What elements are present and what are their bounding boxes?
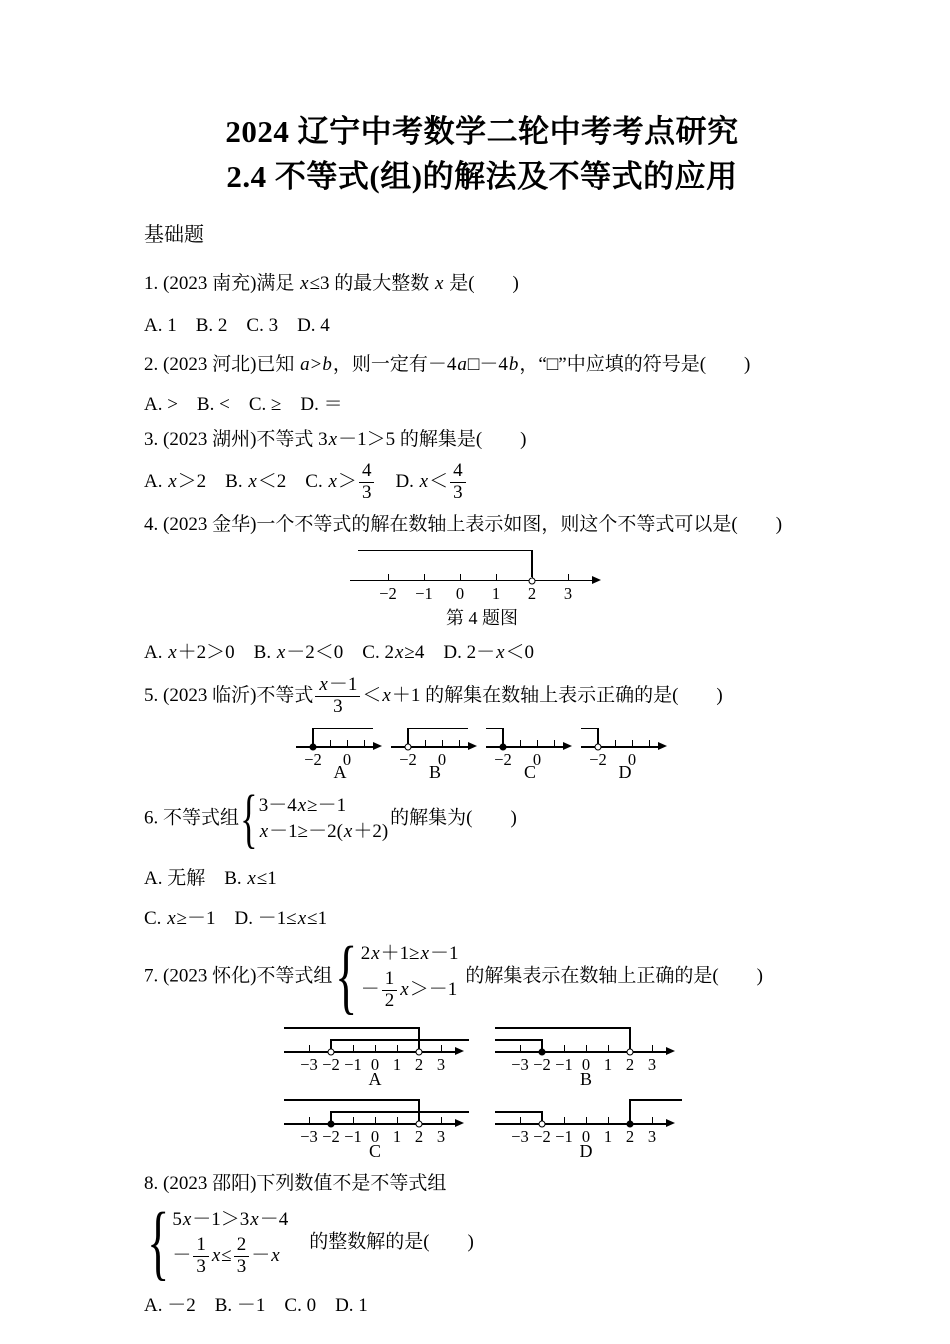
axis-ticks xyxy=(284,1117,479,1123)
axis-line xyxy=(296,746,374,748)
upper-solution-bar xyxy=(284,1099,420,1101)
q5-diagram-a: −20 A xyxy=(296,720,384,782)
diagram-label-c: C xyxy=(369,1141,381,1162)
open-circle-at-minus2 xyxy=(595,743,602,750)
q4-stem: 4. (2023 金华)一个不等式的解在数轴上表示如图，则这个不等式可以是( ) xyxy=(144,512,820,538)
closed-dot-at-minus2 xyxy=(328,1121,335,1128)
diagram-label-b: B xyxy=(429,762,441,783)
q8-stem-line1: 8. (2023 邵阳)下列数值不是不等式组 xyxy=(144,1171,820,1197)
open-circle-at-minus2 xyxy=(539,1121,546,1128)
q2-options: A. > B. < C. ≥ D. ＝ xyxy=(144,392,820,418)
q4-figure-caption: 第 4 题图 xyxy=(144,604,820,630)
open-circle-at-2 xyxy=(416,1049,423,1056)
lower-solution-bar xyxy=(331,1039,469,1041)
q5-answer-diagrams: −20 A −20 B −20 C xyxy=(296,720,820,782)
q5-diagram-b: −20 B xyxy=(391,720,479,782)
diagram-label-a: A xyxy=(334,762,347,783)
axis-tick-labels: −20 xyxy=(296,750,384,756)
axis-tick-labels: −3−2−10123 xyxy=(284,1055,479,1061)
worksheet-page: 2024 辽宁中考数学二轮中考考点研究 2.4 不等式(组)的解法及不等式的应用… xyxy=(0,0,950,1344)
diagram-label-a: A xyxy=(369,1069,382,1090)
axis-tick-labels: −3−2−10123 xyxy=(495,1127,690,1133)
solution-bar xyxy=(358,550,532,552)
q1-options: A. 1 B. 2 C. 3 D. 4 xyxy=(144,313,820,339)
q7-diagram-c: −3−2−10123 C xyxy=(284,1093,479,1159)
section-label: 基础题 xyxy=(144,218,820,247)
q3-stem: 3. (2023 湖州)不等式 3x－1＞5 的解集是( ) xyxy=(144,427,820,453)
axis-tick-labels: −20 xyxy=(581,750,669,756)
diagram-label-c: C xyxy=(524,762,536,783)
q5-stem: 5. (2023 临沂)不等式x－13＜x＋1 的解集在数轴上表示正确的是( ) xyxy=(144,675,820,718)
q7-diagram-a: −3−2−10123 A xyxy=(284,1021,479,1087)
q7-diagram-d: −3−2−10123 D xyxy=(495,1093,690,1159)
diagram-label-d: D xyxy=(580,1141,593,1162)
axis-line xyxy=(391,746,469,748)
q6-stem: 6. 不等式组{3－4x≥－1x－1≥－2(x＋2)的解集为( ) xyxy=(144,786,820,852)
q6-options-line2: C. x≥－1 D. －1≤x≤1 xyxy=(144,906,820,932)
q5-diagram-d: −20 D xyxy=(581,720,669,782)
diagram-label-b: B xyxy=(580,1069,592,1090)
page-title-line2: 2.4 不等式(组)的解法及不等式的应用 xyxy=(144,155,820,200)
axis-ticks xyxy=(495,1045,690,1051)
axis-tick-labels: −20 xyxy=(486,750,574,756)
axis-tick-labels: −2−10123 xyxy=(332,584,632,590)
closed-dot-at-2 xyxy=(627,1121,634,1128)
solution-bar xyxy=(486,728,504,730)
solution-bar xyxy=(581,728,599,730)
q7-diagram-b: −3−2−10123 B xyxy=(495,1021,690,1087)
q7-answer-diagrams: −3−2−10123 A −3−2−10123 B −3−2 xyxy=(284,1021,820,1159)
q3-options: A. x＞2 B. x＜2 C. x＞43 D. x＜43 xyxy=(144,461,820,504)
axis-ticks xyxy=(495,1117,690,1123)
q6-options-line1: A. 无解 B. x≤1 xyxy=(144,866,820,892)
open-circle-at-2 xyxy=(627,1049,634,1056)
axis-ticks xyxy=(332,574,632,580)
q1-stem: 1. (2023 南充)满足 x≤3 的最大整数 x 是( ) xyxy=(144,271,820,297)
open-circle-at-2 xyxy=(416,1121,423,1128)
axis-line xyxy=(495,1051,667,1053)
axis-tick-labels: −3−2−10123 xyxy=(284,1127,479,1133)
closed-dot-at-minus2 xyxy=(539,1049,546,1056)
right-bar-rise xyxy=(629,1099,631,1123)
q8-stem-line2: {5x－1＞3x－4－13x≤23－x 的整数解的是( ) xyxy=(144,1201,820,1285)
axis-line xyxy=(486,746,564,748)
q2-stem: 2. (2023 河北)已知 a>b，则一定有－4a□－4b，“□”中应填的符号… xyxy=(144,352,820,378)
page-title-line1: 2024 辽宁中考数学二轮中考考点研究 xyxy=(144,110,820,155)
diagram-label-d: D xyxy=(619,762,632,783)
right-solution-bar xyxy=(630,1099,682,1101)
axis-tick-labels: −20 xyxy=(391,750,479,756)
solution-bar xyxy=(408,728,468,730)
axis-line xyxy=(284,1123,456,1125)
q8-options: A. －2 B. －1 C. 0 D. 1 xyxy=(144,1293,820,1319)
axis-line xyxy=(350,580,594,582)
closed-dot-at-minus2 xyxy=(310,743,317,750)
solution-bar xyxy=(313,728,373,730)
lower-solution-bar xyxy=(495,1039,543,1041)
solution-bar-drop xyxy=(531,550,533,577)
q5-diagram-c: −20 C xyxy=(486,720,574,782)
q4-numberline: −2−10123 xyxy=(332,542,632,602)
q4-figure: −2−10123 第 4 题图 xyxy=(144,542,820,630)
left-solution-bar xyxy=(495,1111,543,1113)
lower-solution-bar xyxy=(331,1111,469,1113)
upper-solution-bar xyxy=(495,1027,631,1029)
open-circle-at-minus2 xyxy=(405,743,412,750)
axis-line xyxy=(581,746,659,748)
q7-stem: 7. (2023 怀化)不等式组{2x＋1≥x－1－12x＞－1 的解集表示在数… xyxy=(144,935,820,1019)
closed-dot-at-minus2 xyxy=(500,743,507,750)
axis-line xyxy=(495,1123,667,1125)
open-circle-at-2 xyxy=(529,577,536,584)
axis-tick-labels: −3−2−10123 xyxy=(495,1055,690,1061)
upper-solution-bar xyxy=(284,1027,420,1029)
open-circle-at-minus2 xyxy=(328,1049,335,1056)
q4-options: A. x＋2＞0 B. x－2＜0 C. 2x≥4 D. 2－x＜0 xyxy=(144,640,820,666)
upper-bar-drop xyxy=(629,1027,631,1051)
axis-ticks xyxy=(284,1045,479,1051)
axis-line xyxy=(284,1051,456,1053)
